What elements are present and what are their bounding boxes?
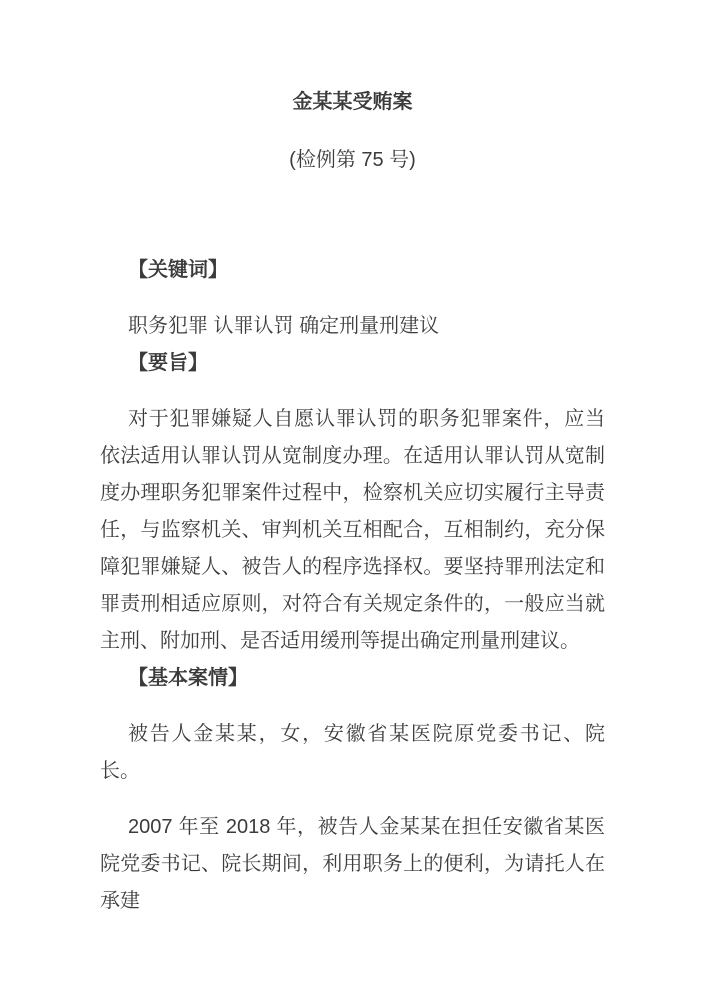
- section-summary: 【要旨】 对于犯罪嫌疑人自愿认罪认罚的职务犯罪案件，应当依法适用认罪认罚从宽制度…: [100, 345, 605, 660]
- section-heading-summary: 【要旨】: [100, 345, 605, 382]
- section-keywords: 【关键词】 职务犯罪 认罪认罚 确定刑量刑建议: [100, 252, 605, 345]
- section-basic-facts: 【基本案情】 被告人金某某，女，安徽省某医院原党委书记、院长。 2007 年至 …: [100, 660, 605, 920]
- document-page: 金某某受贿案 (检例第 75 号) 【关键词】 职务犯罪 认罪认罚 确定刑量刑建…: [0, 0, 707, 999]
- summary-paragraph: 对于犯罪嫌疑人自愿认罪认罚的职务犯罪案件，应当依法适用认罪认罚从宽制度办理。在适…: [100, 401, 605, 660]
- section-heading-keywords: 【关键词】: [100, 252, 605, 289]
- basic-facts-paragraph-1: 被告人金某某，女，安徽省某医院原党委书记、院长。: [100, 716, 605, 790]
- basic-facts-paragraph-2: 2007 年至 2018 年，被告人金某某在担任安徽省某医院党委书记、院长期间，…: [100, 809, 605, 920]
- keywords-text: 职务犯罪 认罪认罚 确定刑量刑建议: [100, 308, 605, 345]
- document-title: 金某某受贿案: [100, 84, 605, 121]
- case-number: (检例第 75 号): [100, 142, 605, 179]
- section-heading-basic-facts: 【基本案情】: [100, 660, 605, 697]
